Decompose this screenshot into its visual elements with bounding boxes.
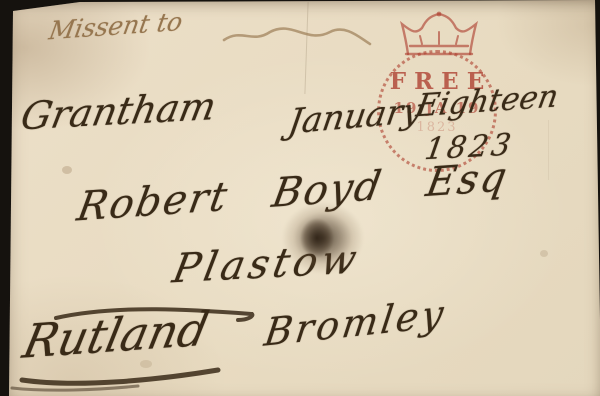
missent-flourish — [222, 18, 372, 58]
fox-spot — [540, 250, 548, 257]
paper-crease — [548, 120, 549, 180]
photograph-of-free-front-cover: FREE 19 JA 19 1823 Missent to Grantham J… — [0, 0, 600, 396]
fox-spot — [62, 166, 72, 174]
ink-smudge-core — [300, 218, 334, 258]
signature-flourish — [8, 296, 258, 392]
